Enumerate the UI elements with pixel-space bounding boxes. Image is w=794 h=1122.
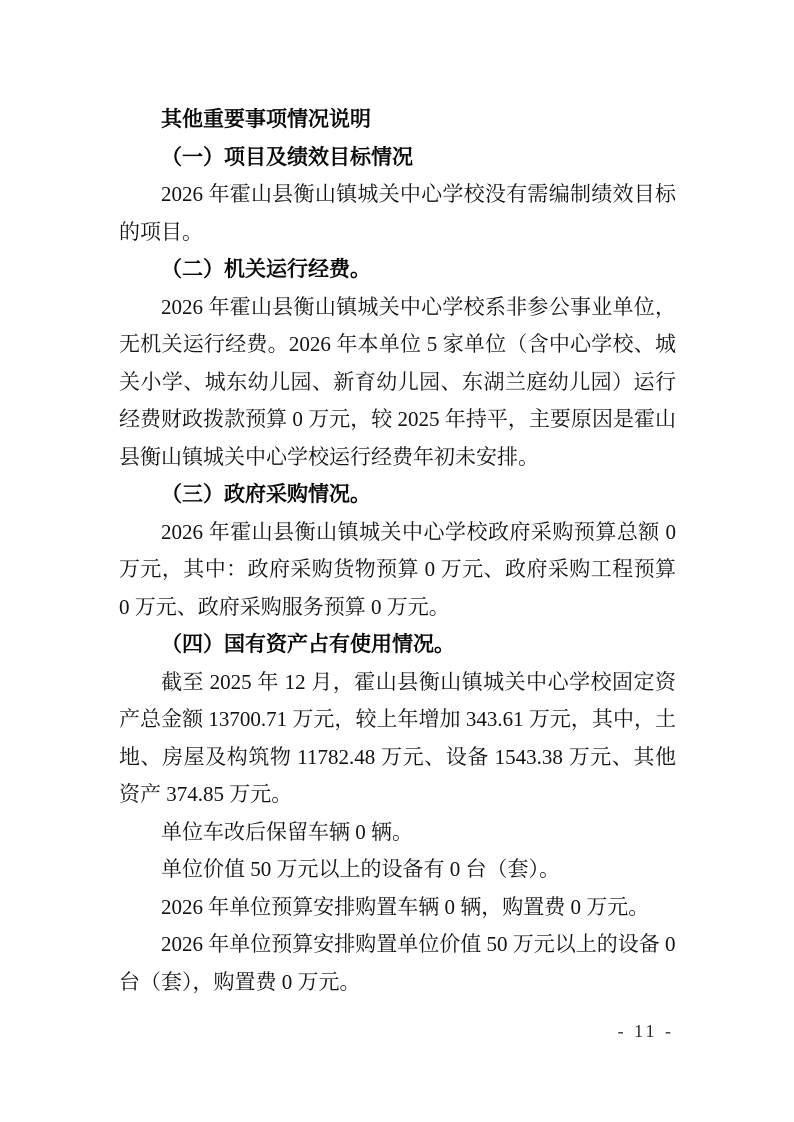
heading-project-performance: （一）项目及绩效目标情况 [119, 139, 676, 177]
para-vehicle-purchase-budget: 2026 年单位预算安排购置车辆 0 辆，购置费 0 万元。 [119, 889, 676, 927]
document-page: 其他重要事项情况说明 （一）项目及绩效目标情况 2026 年霍山县衡山镇城关中心… [0, 0, 794, 1122]
page-number: - 11 - [618, 1019, 674, 1043]
para-government-procurement: 2026 年霍山县衡山镇城关中心学校政府采购预算总额 0 万元，其中：政府采购货… [119, 514, 676, 627]
heading-operating-expenses: （二）机关运行经费。 [119, 251, 676, 289]
para-equipment-purchase-budget: 2026 年单位预算安排购置单位价值 50 万元以上的设备 0 台（套），购置费… [119, 926, 676, 1001]
para-state-assets: 截至 2025 年 12 月，霍山县衡山镇城关中心学校固定资产总金额 13700… [119, 664, 676, 814]
document-body: 其他重要事项情况说明 （一）项目及绩效目标情况 2026 年霍山县衡山镇城关中心… [119, 101, 676, 1001]
para-operating-expenses: 2026 年霍山县衡山镇城关中心学校系非参公事业单位，无机关运行经费。2026 … [119, 289, 676, 477]
heading-state-assets: （四）国有资产占有使用情况。 [119, 626, 676, 664]
para-performance-targets: 2026 年霍山县衡山镇城关中心学校没有需编制绩效目标的项目。 [119, 176, 676, 251]
doc-title: 其他重要事项情况说明 [119, 101, 676, 139]
heading-government-procurement: （三）政府采购情况。 [119, 476, 676, 514]
para-equipment-over-500k: 单位价值 50 万元以上的设备有 0 台（套）。 [119, 851, 676, 889]
para-retained-vehicles: 单位车改后保留车辆 0 辆。 [119, 814, 676, 852]
